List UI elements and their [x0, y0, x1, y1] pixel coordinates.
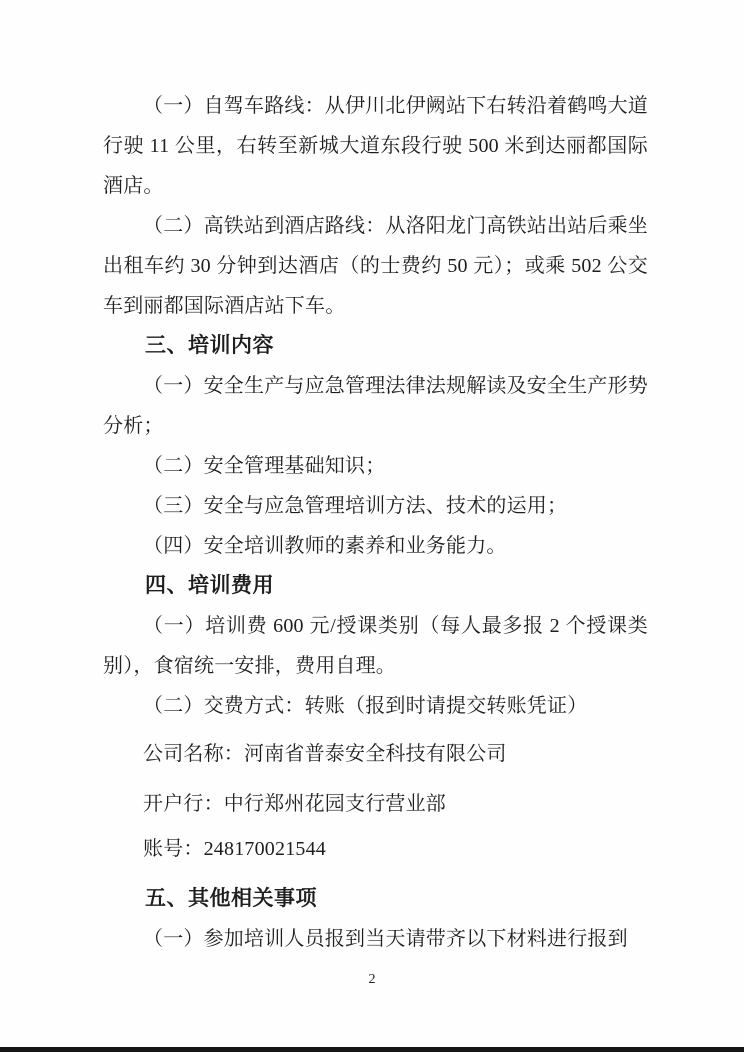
training-content-item-1: （一）安全生产与应急管理法律法规解读及安全生产形势分析；	[103, 366, 648, 446]
payee-account-number: 账号：248170021544	[103, 829, 648, 869]
training-content-item-2: （二）安全管理基础知识；	[103, 446, 648, 486]
training-content-item-3: （三）安全与应急管理培训方法、技术的运用；	[103, 486, 648, 526]
scan-edge-artifact	[0, 1047, 744, 1052]
section-heading-training-fee: 四、培训费用	[103, 566, 648, 606]
fee-item-1: （一）培训费 600 元/授课类别（每人最多报 2 个授课类别），食宿统一安排，…	[103, 606, 648, 686]
section-heading-other-matters: 五、其他相关事项	[103, 879, 648, 919]
paragraph-route-highspeed-rail: （二）高铁站到酒店路线：从洛阳龙门高铁站出站后乘坐出租车约 30 分钟到达酒店（…	[103, 206, 648, 326]
other-matters-item-1: （一）参加培训人员报到当天请带齐以下材料进行报到	[103, 919, 648, 959]
section-heading-training-content: 三、培训内容	[103, 326, 648, 366]
page-number: 2	[0, 971, 744, 989]
training-content-item-4: （四）安全培训教师的素养和业务能力。	[103, 526, 648, 566]
paragraph-route-self-drive: （一）自驾车路线：从伊川北伊阙站下右转沿着鹤鸣大道行驶 11 公里，右转至新城大…	[103, 86, 648, 206]
payee-bank: 开户行：中行郑州花园支行营业部	[103, 784, 648, 824]
fee-item-2: （二）交费方式：转账（报到时请提交转账凭证）	[103, 686, 648, 726]
document-page-content: （一）自驾车路线：从伊川北伊阙站下右转沿着鹤鸣大道行驶 11 公里，右转至新城大…	[103, 86, 648, 959]
payee-company-name: 公司名称：河南省普泰安全科技有限公司	[103, 734, 648, 774]
